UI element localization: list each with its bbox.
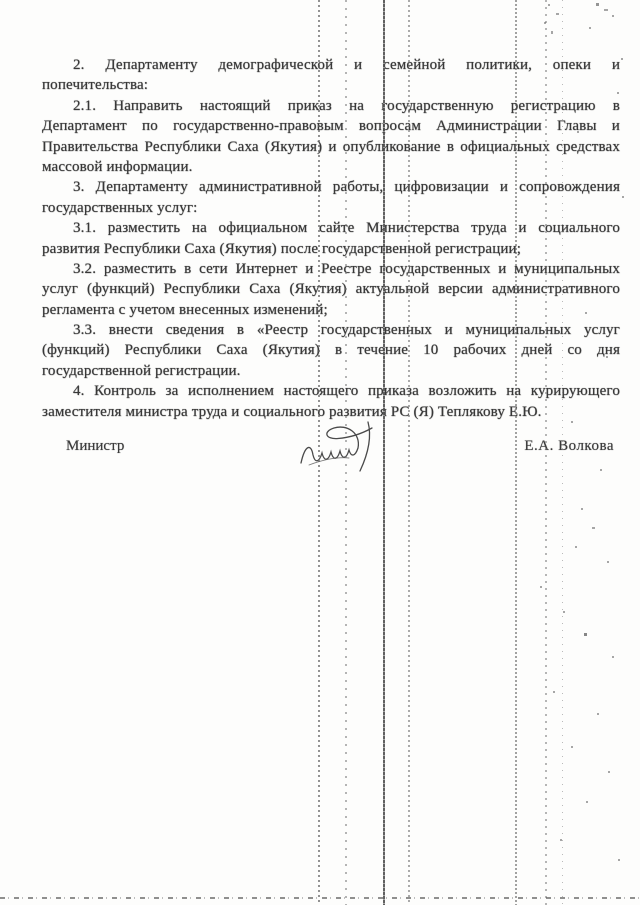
scan-artifact-line [318,0,320,905]
text-line: регламента с учетом внесенных изменений; [42,300,620,320]
text-line: 3.1. разместить на официальном сайте Мин… [42,218,620,238]
scan-artifact-line [408,0,410,905]
text-line: попечительства: [42,75,620,95]
signer-name: Е.А. Волкова [524,438,614,455]
scan-artifact-line [345,0,347,905]
text-line: 4. Контроль за исполнением настоящего пр… [42,381,620,401]
scan-artifact-line [515,0,517,905]
text-line: 2.1. Направить настоящий приказ на госуд… [42,96,620,116]
document-body: 2. Департаменту демографической и семейн… [42,55,620,422]
scan-artifact-line [545,0,547,905]
text-line: услуг (функций) Республики Саха (Якутия)… [42,279,620,299]
scan-artifact-line [383,0,385,905]
text-line: 3. Департаменту административной работы,… [42,177,620,197]
text-line: государственных услуг: [42,198,620,218]
text-line: массовой информации. [42,157,620,177]
text-line: Департамент по государственно-правовым в… [42,116,620,136]
text-line: развития Республики Саха (Якутия) после … [42,239,620,259]
scan-artifact-line [562,0,563,905]
text-line: Правительства Республики Саха (Якутия) и… [42,137,620,157]
text-line: 3.2. разместить в сети Интернет и Реестр… [42,259,620,279]
text-line: (функций) Республики Саха (Якутия) в теч… [42,340,620,360]
text-line: 3.3. внести сведения в «Реестр государст… [42,320,620,340]
text-line: государственной регистрации. [42,361,620,381]
text-line: 2. Департаменту демографической и семейн… [42,55,620,75]
signer-role: Министр [66,438,124,455]
scanned-document-page: 2. Департаменту демографической и семейн… [0,0,640,905]
scan-fold-line [0,897,640,899]
signature-autograph-icon [295,421,403,473]
text-line: заместителя министра труда и социального… [42,402,620,422]
